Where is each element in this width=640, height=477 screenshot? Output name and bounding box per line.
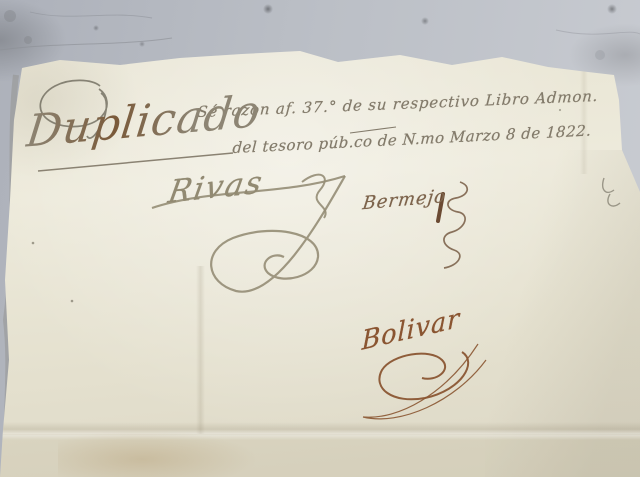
- fold-crease-vertical-top: [580, 62, 588, 174]
- surface-blotch: [24, 36, 32, 44]
- fold-crease-vertical: [196, 266, 205, 434]
- document-paper: [0, 0, 640, 477]
- surface-blotch: [595, 50, 605, 60]
- photo-background: Sé razon af. 37.° de su respectivo Libro…: [0, 0, 640, 477]
- scratch-line: [556, 30, 640, 34]
- scratch-line: [30, 12, 152, 18]
- bottom-left-stain: [58, 430, 258, 477]
- surface-blotch: [4, 10, 16, 22]
